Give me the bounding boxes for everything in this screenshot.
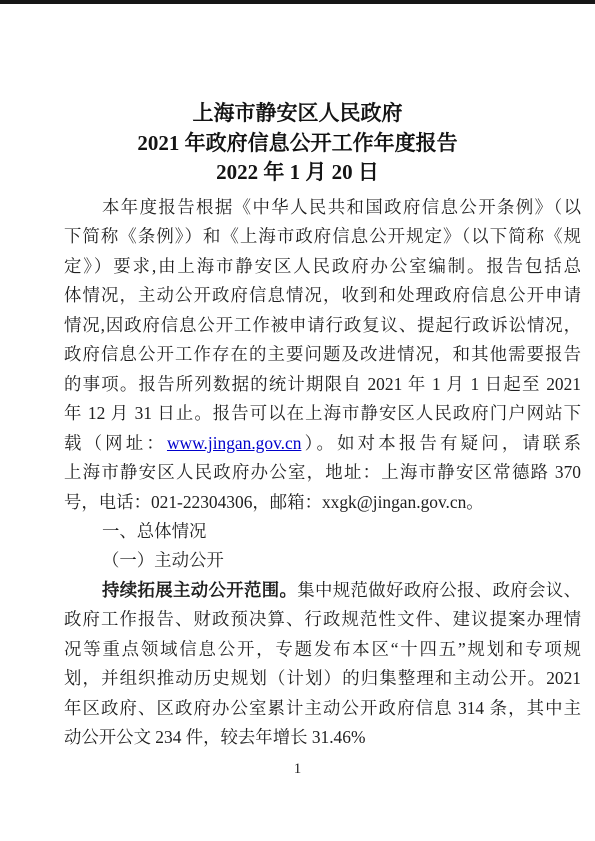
paragraph1-line: 情况,因政府信息公开工作被申请行政复议、提起行政诉讼情况， (64, 311, 581, 340)
paragraph1-line: 上海市静安区人民政府办公室，地址：上海市静安区常德路 370 (64, 458, 581, 487)
paragraph1-line: 年 12 月 31 日止。报告可以在上海市静安区人民政府门户网站下 (64, 399, 581, 428)
website-link[interactable]: www.jingan.gov.cn (167, 433, 301, 453)
doc-title-line-2: 2021 年政府信息公开工作年度报告 (0, 129, 595, 159)
paragraph1-line: 下简称《条例》）和《上海市政府信息公开规定》（以下简称《规 (64, 222, 581, 251)
paragraph2-lead-rest: 集中规范做好政府公报、政府会议、 (297, 580, 581, 600)
document-title-block: 上海市静安区人民政府 2021 年政府信息公开工作年度报告 2022 年 1 月… (0, 99, 595, 188)
paragraph2-line: 动公开公文 234 件，较去年增长 31.46% (64, 723, 581, 752)
scan-top-edge-bar (0, 0, 595, 4)
paragraph1-line: 号，电话：021-22304306，邮箱：xxgk@jingan.gov.cn。 (64, 488, 581, 517)
paragraph2-line-with-bold-lead: 持续拓展主动公开范围。集中规范做好政府公报、政府会议、 (64, 576, 581, 605)
paragraph2-line: 年区政府、区政府办公室累计主动公开政府信息 314 条，其中主 (64, 694, 581, 723)
document-page: 上海市静安区人民政府 2021 年政府信息公开工作年度报告 2022 年 1 月… (0, 0, 595, 841)
section-heading-overall: 一、总体情况 (64, 517, 581, 546)
doc-title-line-1: 上海市静安区人民政府 (0, 99, 595, 129)
paragraph2-line: 划，并组织推动历史规划（计划）的归集整理和主动公开。2021 (64, 664, 581, 693)
paragraph2-line: 况等重点领域信息公开，专题发布本区“十四五”规划和专项规 (64, 635, 581, 664)
document-body: 本年度报告根据《中华人民共和国政府信息公开条例》（以 下简称《条例》）和《上海市… (64, 193, 581, 753)
subsection-heading-proactive-disclosure: （一）主动公开 (64, 546, 581, 575)
paragraph2-bold-lead: 持续拓展主动公开范围。 (102, 580, 297, 600)
paragraph2-line: 政府工作报告、财政预决算、行政规范性文件、建议提案办理情 (64, 605, 581, 634)
page-number: 1 (0, 761, 595, 778)
paragraph1-line: 体情况，主动公开政府信息情况，收到和处理政府信息公开申请 (64, 281, 581, 310)
paragraph1-line: 政府信息公开工作存在的主要问题及改进情况，和其他需要报告 (64, 340, 581, 369)
paragraph1-line: 本年度报告根据《中华人民共和国政府信息公开条例》（以 (64, 193, 581, 222)
link-line-suffix: ）。如对本报告有疑问，请联系 (301, 433, 581, 453)
link-line-prefix: 载（网址： (64, 433, 167, 453)
paragraph1-line-with-link: 载（网址：www.jingan.gov.cn）。如对本报告有疑问，请联系 (64, 429, 581, 458)
doc-title-date: 2022 年 1 月 20 日 (0, 158, 595, 188)
paragraph1-line: 定》）要求,由上海市静安区人民政府办公室编制。报告包括总 (64, 252, 581, 281)
paragraph1-line: 的事项。报告所列数据的统计期限自 2021 年 1 月 1 日起至 2021 (64, 370, 581, 399)
